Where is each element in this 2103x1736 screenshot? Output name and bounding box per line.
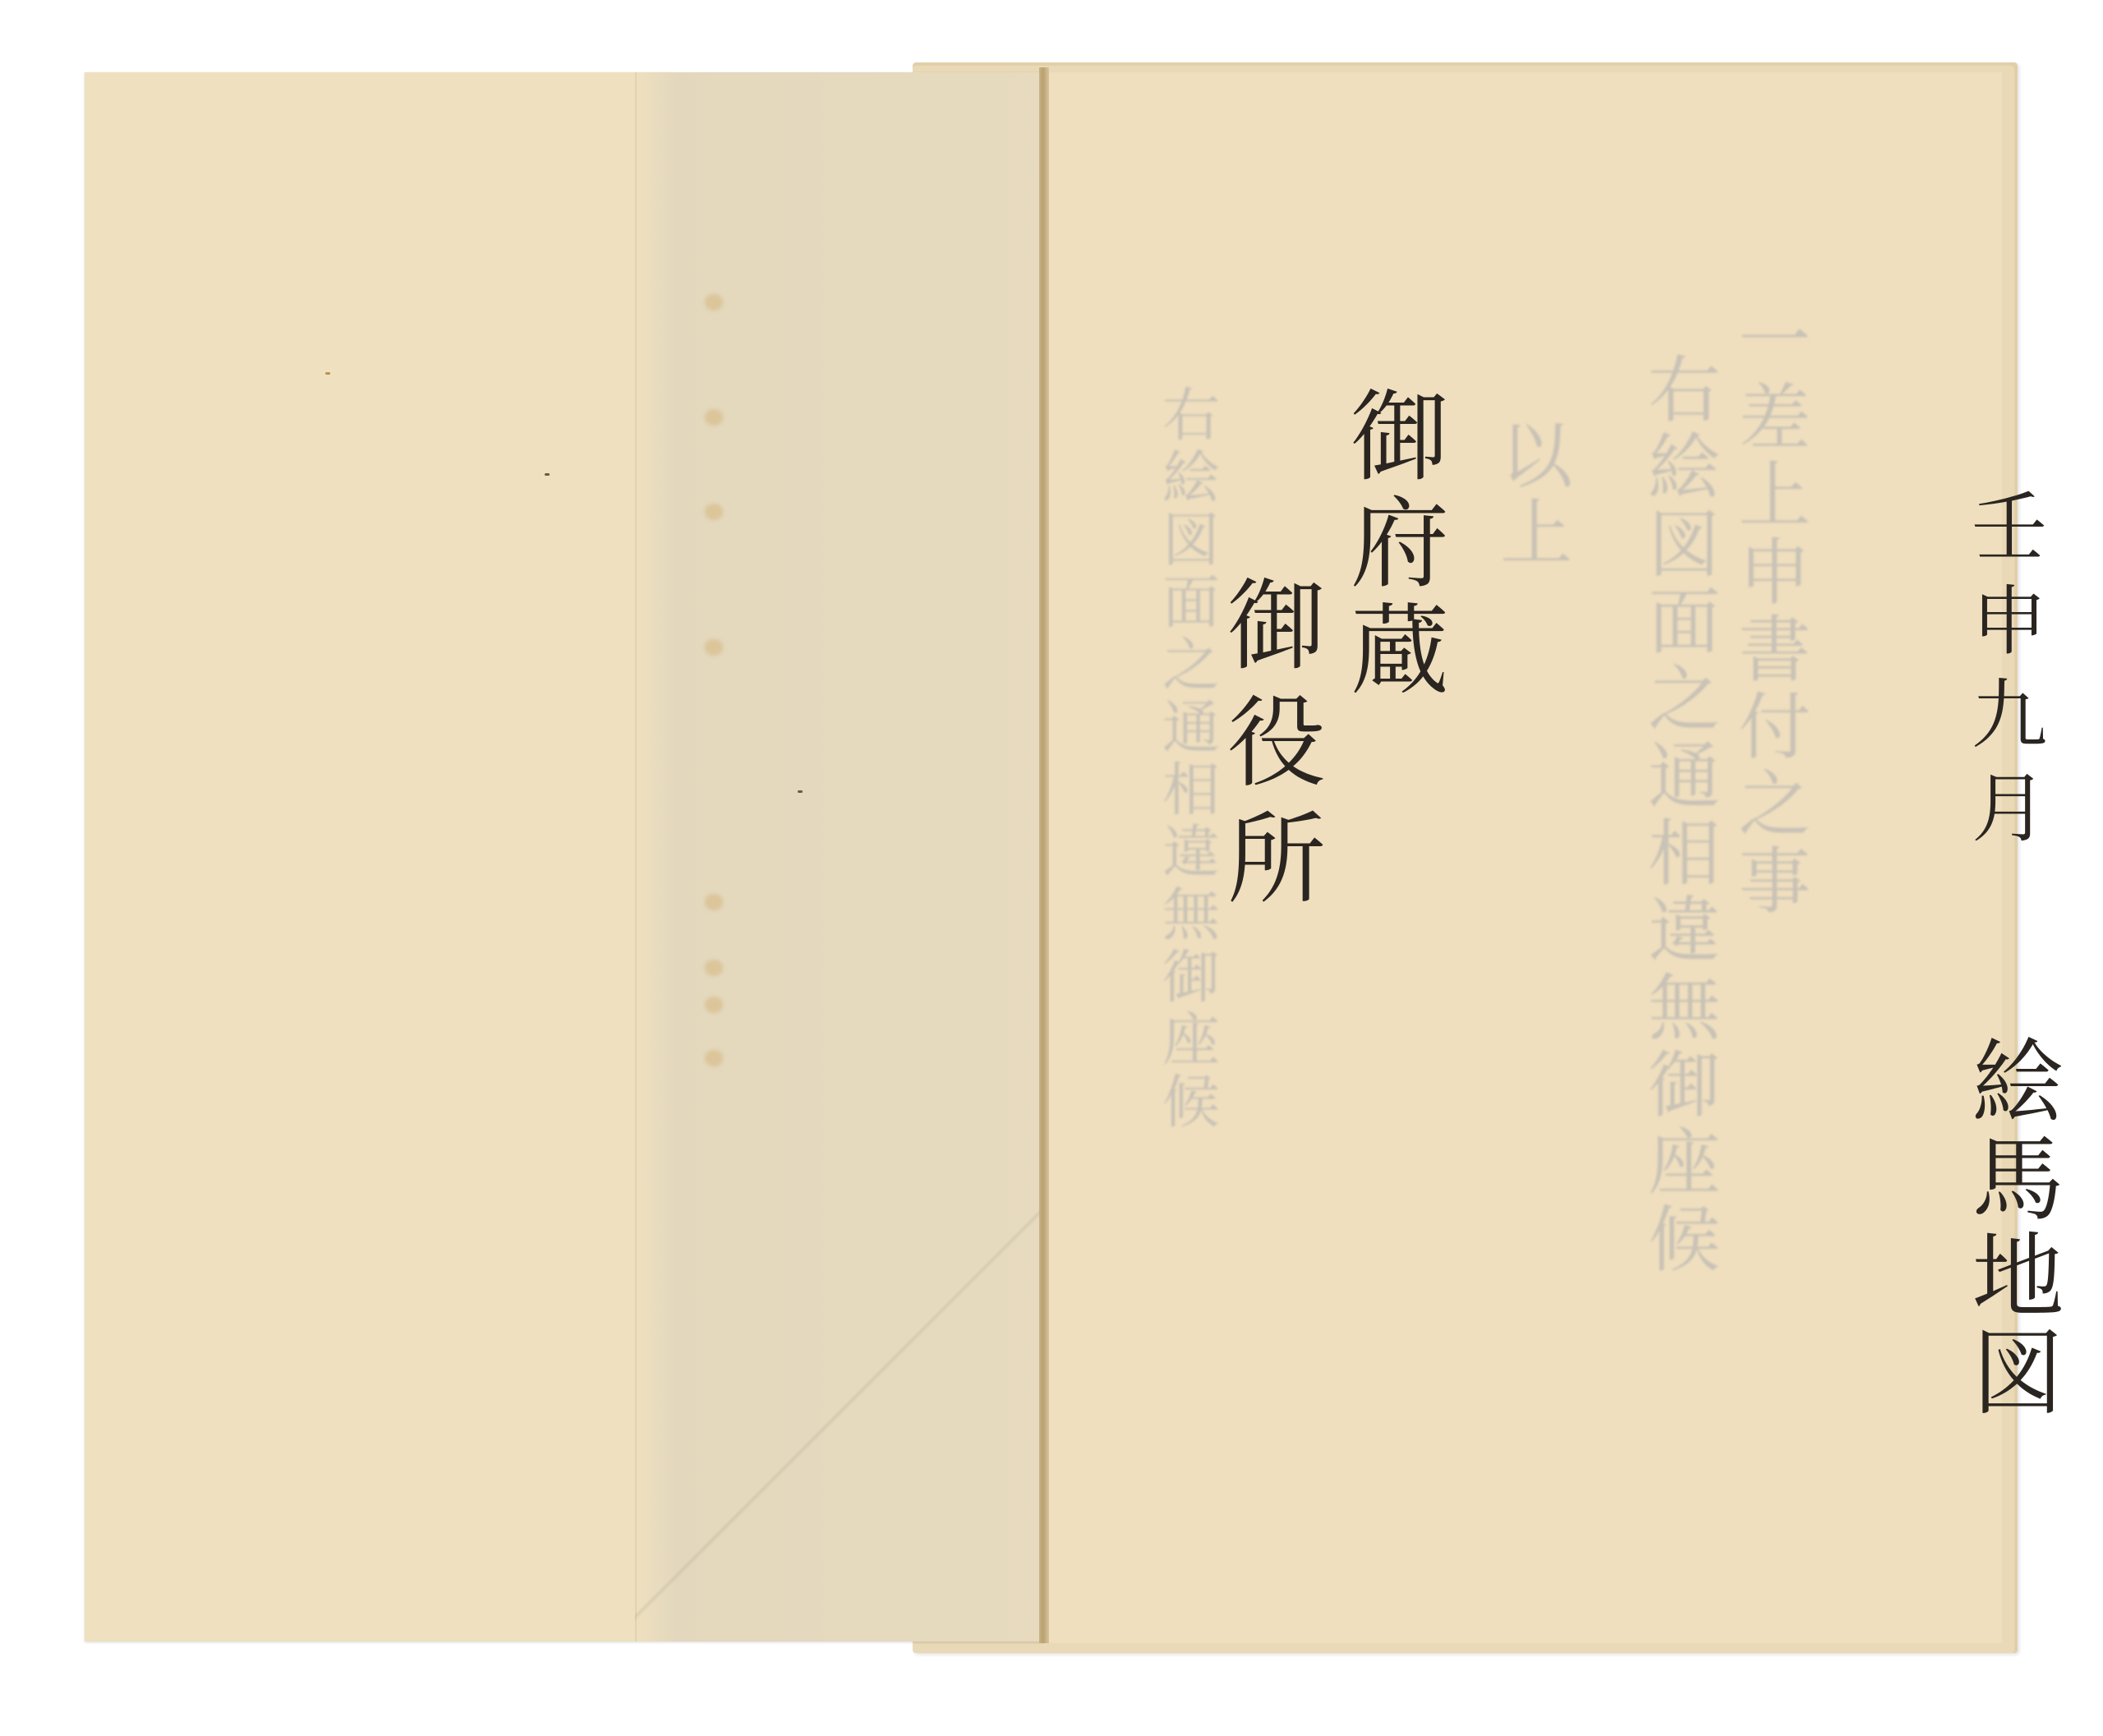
stain-spot (705, 997, 723, 1013)
stain-spot (705, 894, 723, 910)
paper-fleck (798, 790, 803, 793)
stain-spot (705, 409, 723, 426)
bleed-through-text: 以上 (1493, 417, 1568, 572)
paper-fleck (545, 473, 550, 476)
manuscript-booklet: 一差上申書付之事 右絵図面之通相違無御座候 以上 右絵図面之通相違無御座候 壬申… (85, 67, 2011, 1651)
paper-fleck (325, 372, 330, 375)
bleed-through-text: 一差上申書付之事 (1731, 302, 1806, 920)
stain-spot (705, 1050, 723, 1066)
date-text: 壬申九月 (1949, 487, 2057, 862)
addressee-line-2: 御役所 (1197, 573, 1338, 923)
stain-spot (705, 639, 723, 656)
tissue-fold (635, 1181, 1046, 1642)
stain-spot (705, 504, 723, 520)
document-title: 絵馬地図 (1944, 1034, 2077, 1421)
right-page: 一差上申書付之事 右絵図面之通相違無御座候 以上 右絵図面之通相違無御座候 壬申… (1049, 72, 2002, 1643)
stain-spot (705, 294, 723, 311)
spine-fold (1039, 67, 1049, 1643)
stain-spot (705, 960, 723, 976)
left-page (85, 72, 1044, 1642)
bleed-through-text: 右絵図面之通相違無御座候 (1641, 352, 1716, 1278)
addressee-line-1: 御府蔵 (1320, 384, 1461, 705)
